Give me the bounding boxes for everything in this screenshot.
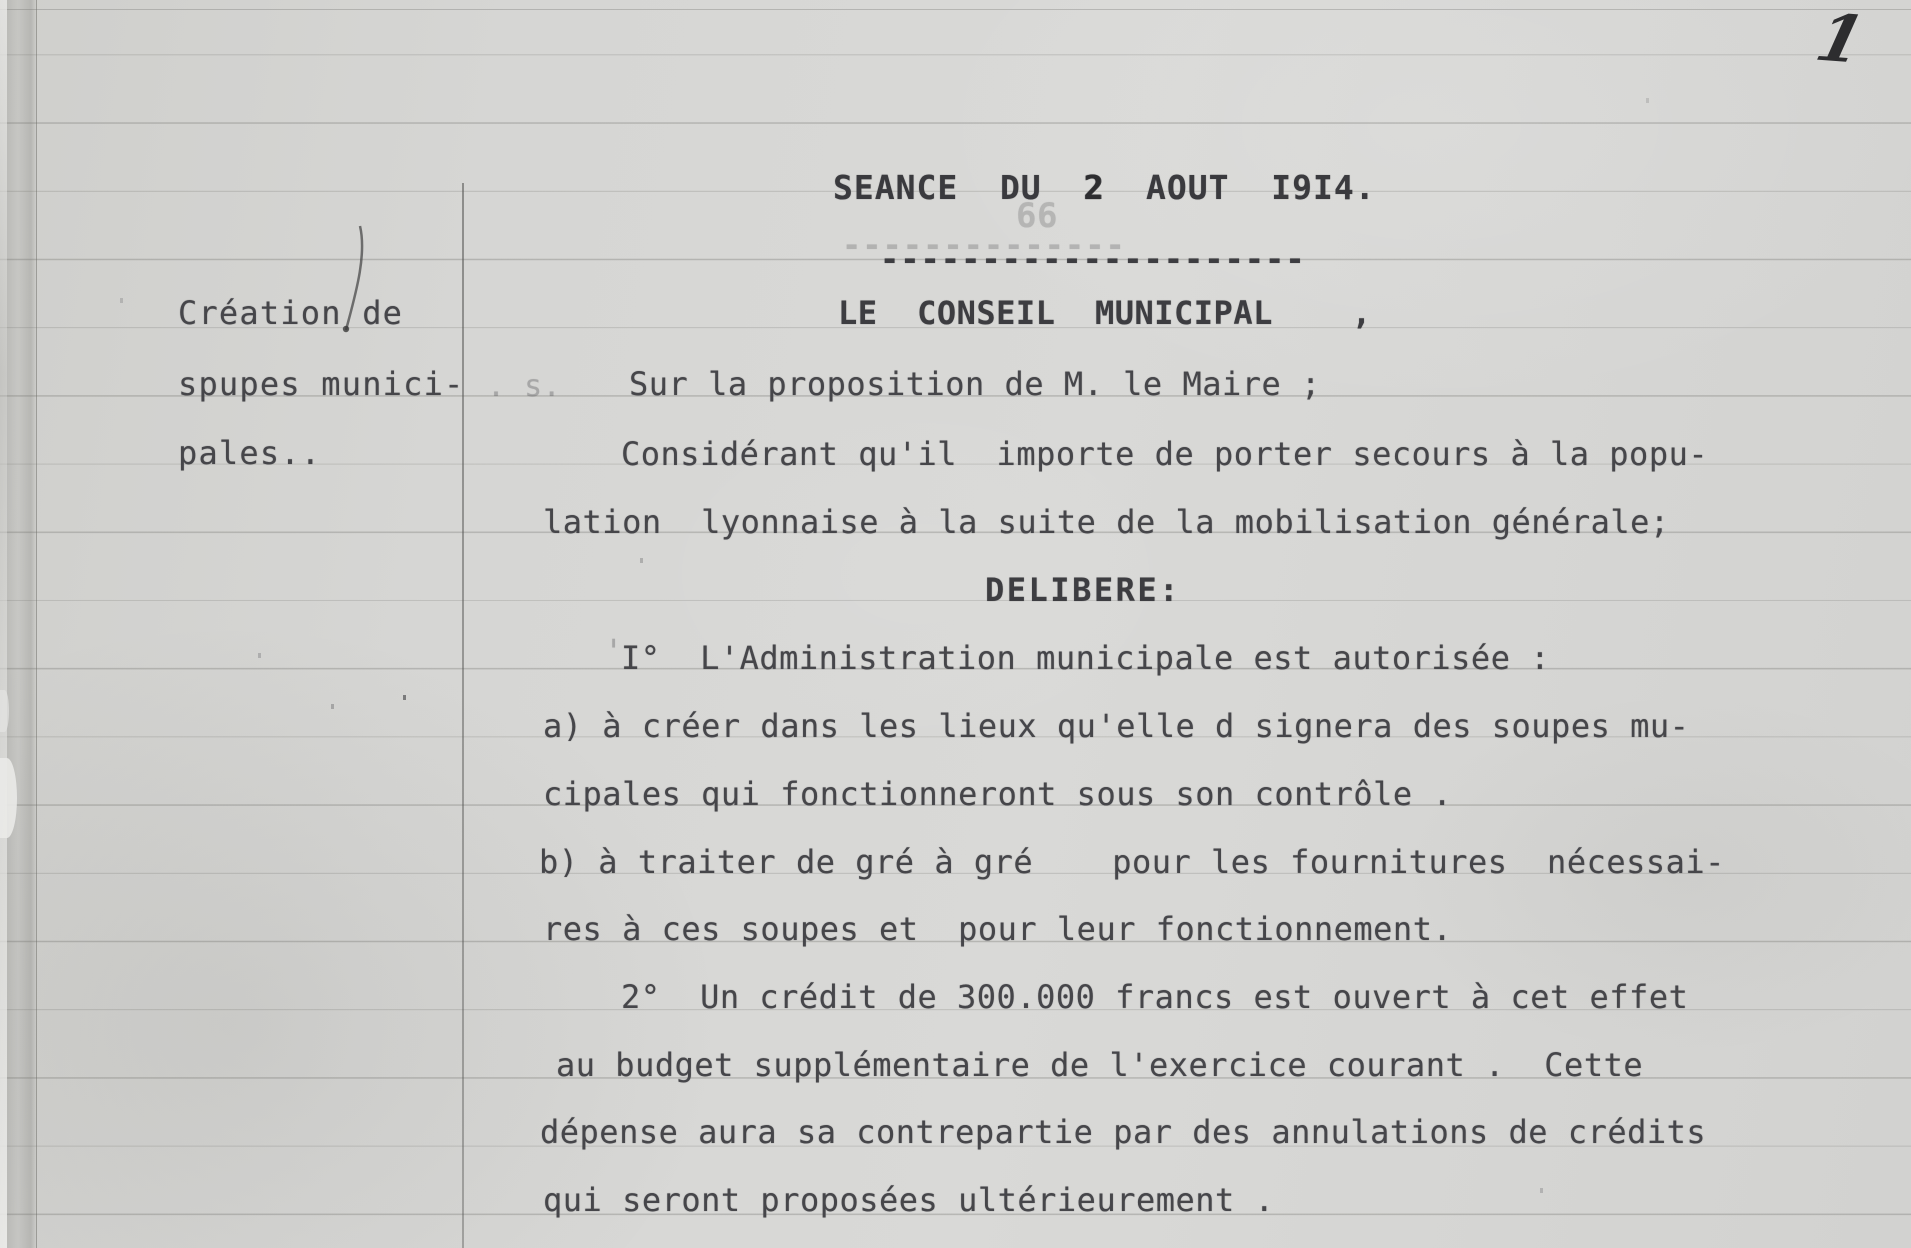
binding-edge-highlight bbox=[0, 0, 7, 1248]
body-line-res: res à ces soupes et pour leur fonctionne… bbox=[543, 910, 1452, 948]
session-title: SEANCE DU 2 AOUT I9I4. bbox=[833, 168, 1376, 207]
body-line-item-a: a) à créer dans les lieux qu'elle d sign… bbox=[543, 707, 1689, 745]
ink-specks bbox=[0, 0, 3, 5]
margin-rule-line bbox=[462, 183, 464, 1248]
handwritten-page-number: 1 bbox=[1809, 1, 1871, 79]
body-line-considerant: Considérant qu'il importe de porter seco… bbox=[621, 435, 1708, 473]
body-line-proposition: Sur la proposition de M. le Maire ; bbox=[629, 365, 1321, 403]
title-underline: --------------------- bbox=[880, 240, 1306, 278]
session-title-day: 2 bbox=[1083, 168, 1104, 207]
margin-note-line-2: spupes munici- bbox=[178, 365, 465, 403]
body-line-budget: au budget supplémentaire de l'exercice c… bbox=[556, 1046, 1643, 1084]
margin-note-line-3: pales.. bbox=[178, 434, 321, 472]
body-line-article-2: 2° Un crédit de 300.000 francs est ouver… bbox=[621, 978, 1688, 1016]
body-line-article-1: I° L'Administration municipale est autor… bbox=[621, 639, 1550, 677]
body-line-lation: lation lyonnaise à la suite de la mobili… bbox=[543, 503, 1670, 541]
body-line-conseil-municipal: LE CONSEIL MUNICIPAL , bbox=[838, 294, 1372, 332]
body-line-delibere: DELIBERE: bbox=[985, 571, 1181, 609]
session-title-post: AOUT I9I4. bbox=[1104, 168, 1375, 207]
body-line-cipales: cipales qui fonctionneront sous son cont… bbox=[543, 775, 1452, 813]
body-line-qui-seront: qui seront proposées ultérieurement . bbox=[543, 1181, 1274, 1219]
top-ruled-line bbox=[0, 9, 1911, 10]
ghost-marks-before-sur: . s. bbox=[487, 369, 561, 404]
scanned-document-page: 1 SEANCE DU 2 AOUT I9I4. 66 ------------… bbox=[0, 0, 1911, 1248]
pen-stroke-artifact bbox=[333, 224, 377, 342]
paper-tear-small bbox=[0, 690, 9, 732]
body-line-item-b: b) à traiter de gré à gré pour les fourn… bbox=[539, 843, 1725, 881]
body-line-depense: dépense aura sa contrepartie par des ann… bbox=[540, 1113, 1706, 1151]
